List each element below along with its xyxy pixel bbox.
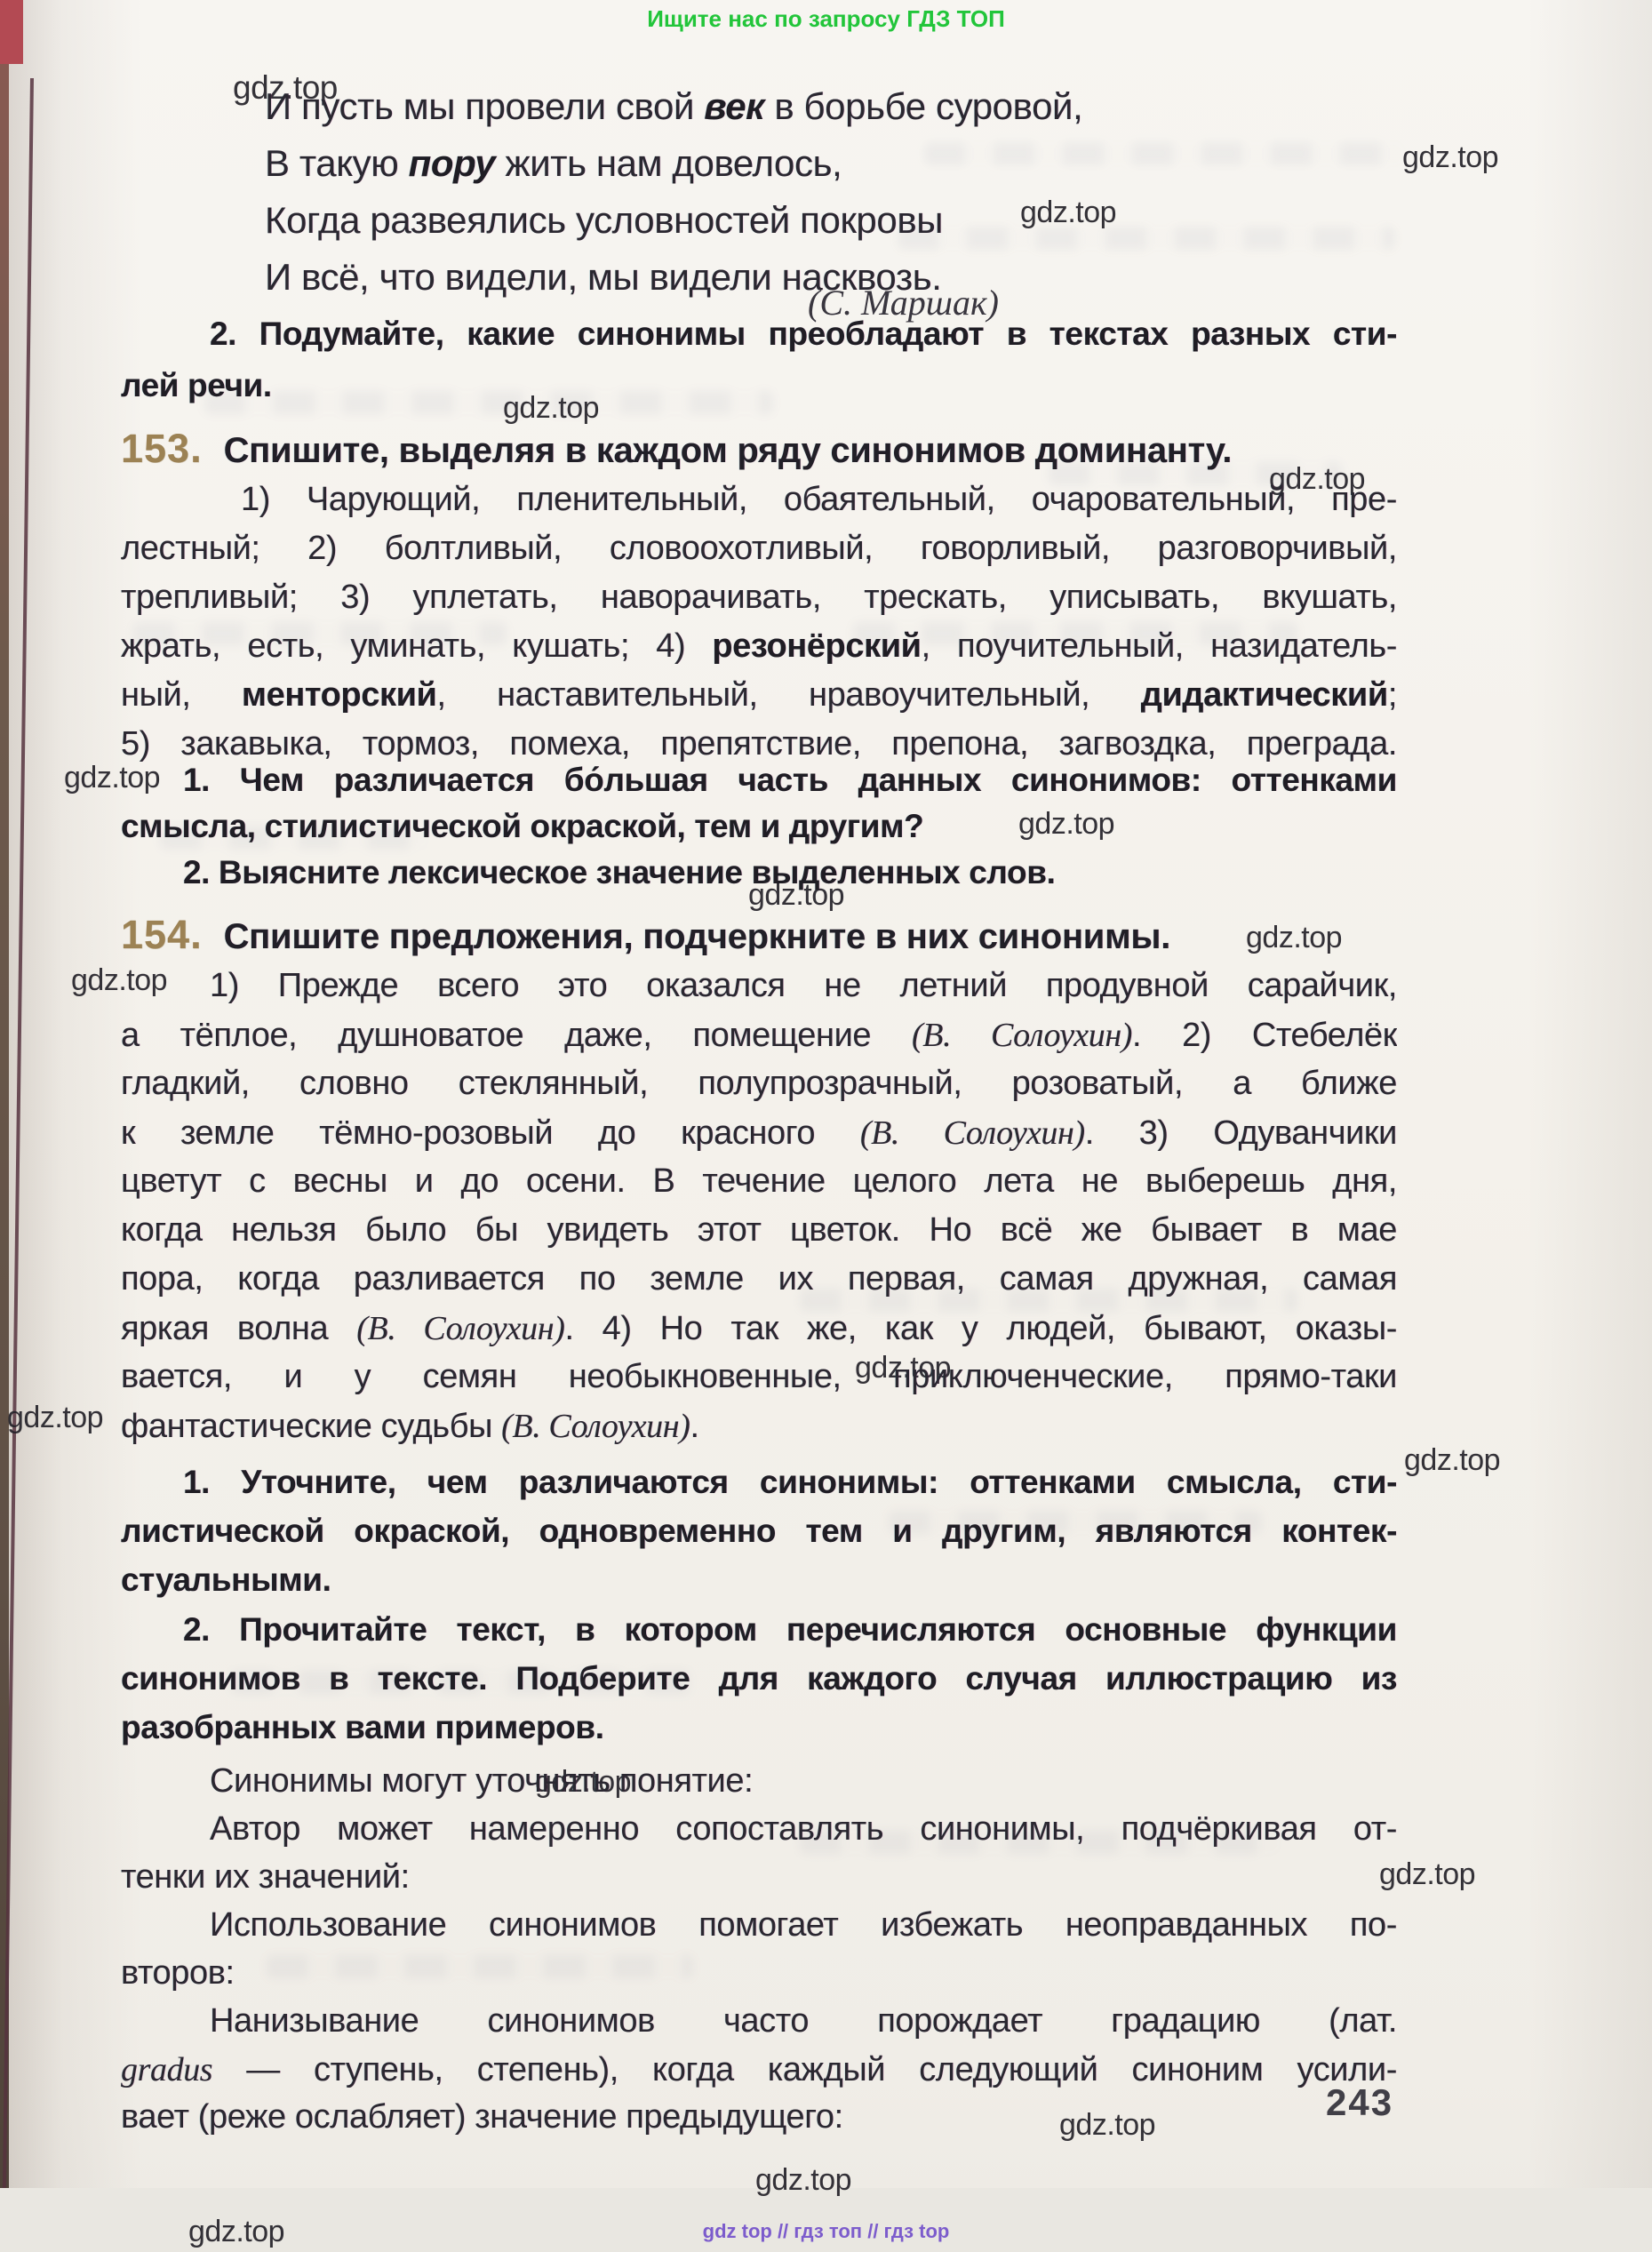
watermark-gdz-top: gdz.top bbox=[1402, 140, 1498, 175]
text-line: лей речи. bbox=[121, 367, 1397, 419]
watermark-gdz-top: gdz.top bbox=[1246, 921, 1342, 955]
text-line: вает (реже ослабляет) значение предыдуще… bbox=[121, 2098, 1397, 2146]
exercise-154-question1: 1. Уточните, чем различаются синонимы: о… bbox=[121, 1464, 1397, 1610]
exercise-154-question2: 2. Прочитайте текст, в котором перечисля… bbox=[121, 1611, 1397, 1758]
text-line: гладкий, словно стеклянный, полупрозрачн… bbox=[121, 1065, 1397, 1114]
synonym-functions-text: Синонимы могут уточнять понятие: Автор м… bbox=[121, 1762, 1397, 2146]
text-line: жрать, есть, уминать, кушать; 4) резонёр… bbox=[121, 627, 1397, 676]
exercise-153-header: 153.Спишите, выделяя в каждом ряду синон… bbox=[121, 426, 1232, 481]
promo-banner-text: Ищите нас по запросу ГДЗ ТОП bbox=[0, 5, 1652, 33]
text-line: Синонимы могут уточнять понятие: bbox=[121, 1762, 1397, 1810]
poem-line: В такую пору жить нам довелось, bbox=[265, 142, 1367, 199]
poem-line: Когда развеялись условностей покровы bbox=[265, 199, 1367, 256]
text-line: 2. Выясните лексическое значение выделен… bbox=[121, 854, 1397, 900]
text-line: Нанизывание синонимов часто порождает гр… bbox=[121, 2002, 1397, 2050]
exercise-154-header: 154.Спишите предложения, подчеркните в н… bbox=[121, 912, 1170, 967]
exercise-153-number: 153. bbox=[121, 426, 203, 471]
text-line: яркая волна (В. Солоухин). 4) Но так же,… bbox=[121, 1309, 1397, 1358]
text-line: смысла, стилистической окраской, тем и д… bbox=[121, 808, 1397, 854]
exercise-153-list: 1) Чарующий, пленительный, обаятельный, … bbox=[121, 481, 1397, 774]
exercise-154-text: 1) Прежде всего это оказался не летний п… bbox=[121, 967, 1397, 1456]
text-line: тенки их значений: bbox=[121, 1858, 1397, 1906]
text-line: а тёплое, душноватое даже, помещение (В.… bbox=[121, 1016, 1397, 1065]
text-line: разобранных вами примеров. bbox=[121, 1709, 1397, 1758]
text-line: ный, менторский, наставительный, нравоуч… bbox=[121, 676, 1397, 725]
text-line: цветут с весны и до осени. В течение цел… bbox=[121, 1162, 1397, 1211]
text-line: вается, и у семян необыкновенные, приклю… bbox=[121, 1358, 1397, 1407]
poem-block: И пусть мы провели свой век в борьбе сур… bbox=[265, 85, 1367, 313]
exercise-153-title: Спишите, выделяя в каждом ряду синонимов… bbox=[224, 431, 1233, 470]
text-line: лестный; 2) болтливый, словоохотливый, г… bbox=[121, 530, 1397, 579]
text-line: трепливый; 3) уплетать, наворачивать, тр… bbox=[121, 579, 1397, 627]
text-line: стуальными. bbox=[121, 1561, 1397, 1610]
page-number: 243 bbox=[1326, 2081, 1393, 2124]
text-line: 2. Прочитайте текст, в котором перечисля… bbox=[121, 1611, 1397, 1660]
text-line: пора, когда разливается по земле их перв… bbox=[121, 1260, 1397, 1309]
watermark-gdz-top: gdz.top bbox=[755, 2163, 851, 2198]
task2-block: 2. Подумайте, какие синонимы преобладают… bbox=[121, 315, 1397, 419]
text-line: синонимов в тексте. Подберите для каждог… bbox=[121, 1660, 1397, 1709]
exercise-154-number: 154. bbox=[121, 912, 203, 957]
text-line: к земле тёмно-розовый до красного (В. Со… bbox=[121, 1114, 1397, 1162]
exercise-153-questions: 1. Чем различается бо́льшая часть данных… bbox=[121, 762, 1397, 900]
footer-links: gdz top // гдз топ // гдз top bbox=[0, 2220, 1652, 2243]
text-line: Использование синонимов помогает избежат… bbox=[121, 1906, 1397, 1954]
text-line: gradus — ступень, степень), когда каждый… bbox=[121, 2050, 1397, 2098]
watermark-gdz-top: gdz.top bbox=[7, 1401, 103, 1435]
text-line: 1. Уточните, чем различаются синонимы: о… bbox=[121, 1464, 1397, 1513]
watermark-gdz-top: gdz.top bbox=[1404, 1443, 1500, 1478]
text-line: когда нельзя было бы увидеть этот цветок… bbox=[121, 1211, 1397, 1260]
text-line: листической окраской, одновременно тем и… bbox=[121, 1513, 1397, 1561]
text-line: Автор может намеренно сопоставлять синон… bbox=[121, 1810, 1397, 1858]
text-line: второв: bbox=[121, 1954, 1397, 2002]
exercise-154-title: Спишите предложения, подчеркните в них с… bbox=[224, 917, 1170, 956]
text-line: 2. Подумайте, какие синонимы преобладают… bbox=[121, 315, 1397, 367]
text-line: 1) Чарующий, пленительный, обаятельный, … bbox=[121, 481, 1397, 530]
text-line: 1) Прежде всего это оказался не летний п… bbox=[121, 967, 1397, 1016]
textbook-page-scan: Ищите нас по запросу ГДЗ ТОП gdz.top gdz… bbox=[0, 0, 1652, 2252]
text-line: 1. Чем различается бо́льшая часть данных… bbox=[121, 762, 1397, 808]
text-line: фантастические судьбы (В. Солоухин). bbox=[121, 1407, 1397, 1456]
poem-line: И пусть мы провели свой век в борьбе сур… bbox=[265, 85, 1367, 142]
